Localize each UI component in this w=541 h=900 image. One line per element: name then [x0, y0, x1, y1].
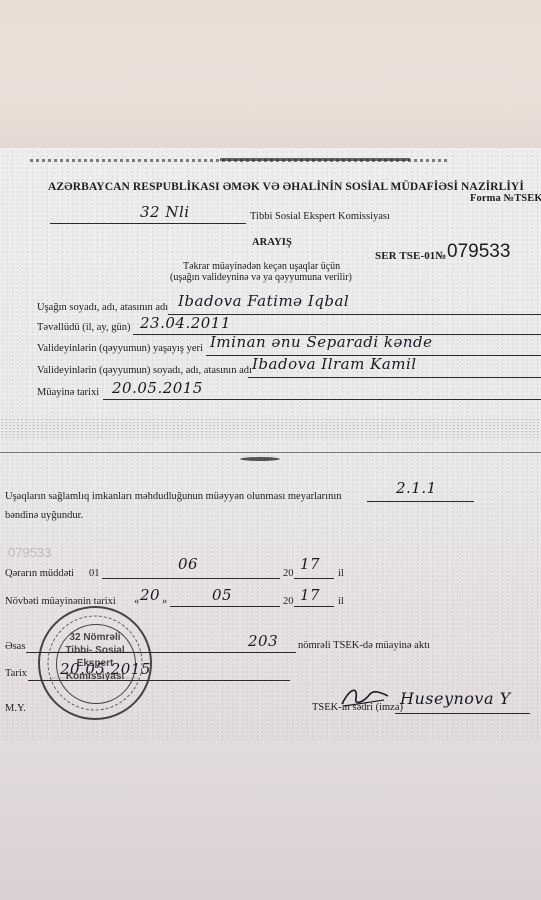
criteria-value: 2.1.1	[396, 479, 437, 497]
exam-date-label: Müayinə tarixi	[37, 387, 99, 398]
serial-label: SER TSE-01№	[375, 250, 447, 262]
signature-scribble-icon	[340, 684, 390, 710]
commission-label: Tibbi Sosial Ekspert Komissiyası	[250, 211, 390, 222]
parent-name-value: Ibadova Ilram Kamil	[252, 355, 417, 373]
act-number: 203	[248, 632, 278, 650]
exam-date-line	[103, 399, 541, 400]
next-year: 17	[300, 586, 320, 604]
next-month-line	[170, 606, 280, 607]
next-year-suffix: il	[338, 596, 344, 607]
criteria-text-2: bəndinə uyğundur.	[5, 510, 83, 521]
subtitle-line-2: (uşağın valideyninə və ya qəyyumuna veri…	[170, 272, 352, 283]
stamp-line-4: Komissiyası	[40, 671, 150, 682]
background-surface	[0, 0, 541, 150]
term-month: 06	[178, 555, 198, 573]
next-day-close-quote: »	[162, 596, 167, 607]
basis-label: Əsas	[5, 641, 25, 652]
parent-name-label: Valideyinlərin (qəyyumun) soyadı, adı, a…	[37, 365, 252, 376]
term-year-suffix: il	[338, 568, 344, 579]
subtitle-line-1: Təkrar müayinədən keçən uşaqlar üçün	[183, 261, 340, 272]
seal-label: M.Y.	[5, 703, 26, 714]
stamp-line-3: Ekspert	[40, 658, 150, 669]
commission-line	[50, 223, 246, 224]
residence-value: Iminan ənu Separadi kənde	[210, 333, 433, 351]
date-label: Tarix	[5, 668, 27, 679]
next-day-open-quote: «	[134, 596, 139, 607]
faint-serial-mark: 079533	[8, 545, 51, 560]
term-label: Qərarın müddəti	[5, 568, 74, 579]
exam-date-value: 20.05.2015	[112, 379, 203, 397]
next-year-line	[294, 606, 334, 607]
residence-label: Valideyinlərin (qəyyumun) yaşayış yeri	[37, 343, 203, 354]
document-title: ARAYIŞ	[252, 237, 292, 248]
serial-number: 079533	[447, 241, 510, 263]
section-divider	[0, 452, 541, 453]
criteria-line	[367, 501, 474, 502]
fold-mark	[240, 457, 280, 461]
stamp-line-2: Tibbi- Sosial	[40, 645, 150, 656]
ministry-title: AZƏRBAYCAN RESPUBLİKASI ƏMƏK VƏ ƏHALİNİN…	[48, 181, 524, 193]
term-year-prefix: 20	[283, 568, 294, 579]
stamp-line-1: 32 Nömrəli	[40, 632, 150, 643]
child-name-value: Ibadova Fatimə Iqbal	[178, 292, 349, 310]
parent-name-line	[248, 377, 541, 378]
term-month-line	[102, 578, 280, 579]
next-year-prefix: 20	[283, 596, 294, 607]
paper-top-edge-dark	[220, 158, 410, 161]
signature-line	[395, 713, 530, 714]
form-label: Forma №TSEK	[470, 193, 541, 204]
term-year-line	[294, 578, 334, 579]
term-year: 17	[300, 555, 320, 573]
birth-date-value: 23.04.2011	[140, 314, 231, 332]
next-day: 20	[140, 586, 160, 604]
photocopy-noise-band	[0, 418, 541, 438]
term-day: 01	[89, 568, 100, 579]
birth-date-label: Təvəllüdü (il, ay, gün)	[37, 322, 131, 333]
commission-number: 32 Nli	[140, 203, 190, 221]
criteria-text: Uşaqların sağlamlıq imkanları məhdudluğu…	[5, 491, 342, 502]
signature-name: Huseynova Y	[400, 689, 511, 708]
child-name-label: Uşağın soyadı, adı, atasının adı	[37, 302, 168, 313]
next-month: 05	[212, 586, 232, 604]
official-stamp: 32 Nömrəli Tibbi- Sosial Ekspert Komissi…	[38, 606, 152, 720]
act-text: nömrəli TSEK-də müayinə aktı	[298, 640, 430, 651]
